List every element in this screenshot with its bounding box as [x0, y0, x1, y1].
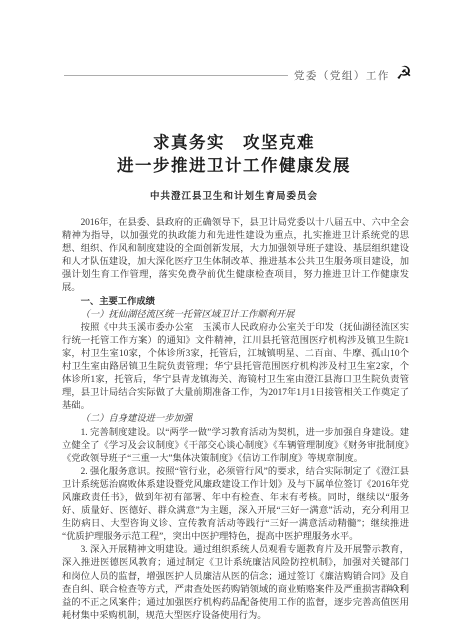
section-heading: 一、主要工作成绩 [62, 296, 409, 309]
paragraph: 2016年，在县委、县政府的正确领导下，县卫计局党委以十八届五中、六中全会精神为… [62, 217, 409, 296]
author-byline: 中共澄江县卫生和计划生育局委员会 [0, 188, 468, 202]
document-title-line1: 求真务实 攻坚克难 [0, 131, 468, 154]
body-text: 2016年，在县委、县政府的正确领导下，县卫计局党委以十八届五中、六中全会精神为… [62, 217, 409, 623]
page-number: 431 [388, 583, 405, 593]
document-title-line2: 进一步推进卫计工作健康发展 [0, 154, 468, 177]
document-page: 党委（党组）工作 ☭ 求真务实 攻坚克难 进一步推进卫计工作健康发展 中共澄江县… [0, 0, 468, 640]
section-label: 党委（党组）工作 [294, 68, 390, 83]
party-emblem-icon: ☭ [396, 65, 412, 83]
running-head: 党委（党组）工作 ☭ [64, 64, 412, 86]
paragraph: 按照《中共玉溪市委办公室 玉溪市人民政府办公室关于印发（抚仙湖径流区实行统一托管… [62, 322, 409, 414]
paragraph: 1. 完善制度建设。以“两学一做”学习教育活动为契机，进一步加强自身建设。建立健… [62, 427, 409, 466]
subsection-heading: （一）抚仙湖径流区统一托管区域卫计工作顺利开展 [62, 309, 409, 322]
subsection-heading: （二）自身建设进一步加强 [62, 413, 409, 426]
paragraph: 2. 强化服务意识。按照“管行业，必须管行风”的要求，结合实际制定了《澄江县卫计… [62, 466, 409, 545]
document-title: 求真务实 攻坚克难 进一步推进卫计工作健康发展 [0, 131, 468, 177]
header-rule [64, 75, 288, 76]
paragraph: 3. 深入开展精神文明建设。通过组织系统人员观看专题教育片及开展警示教育，深入推… [62, 544, 409, 623]
